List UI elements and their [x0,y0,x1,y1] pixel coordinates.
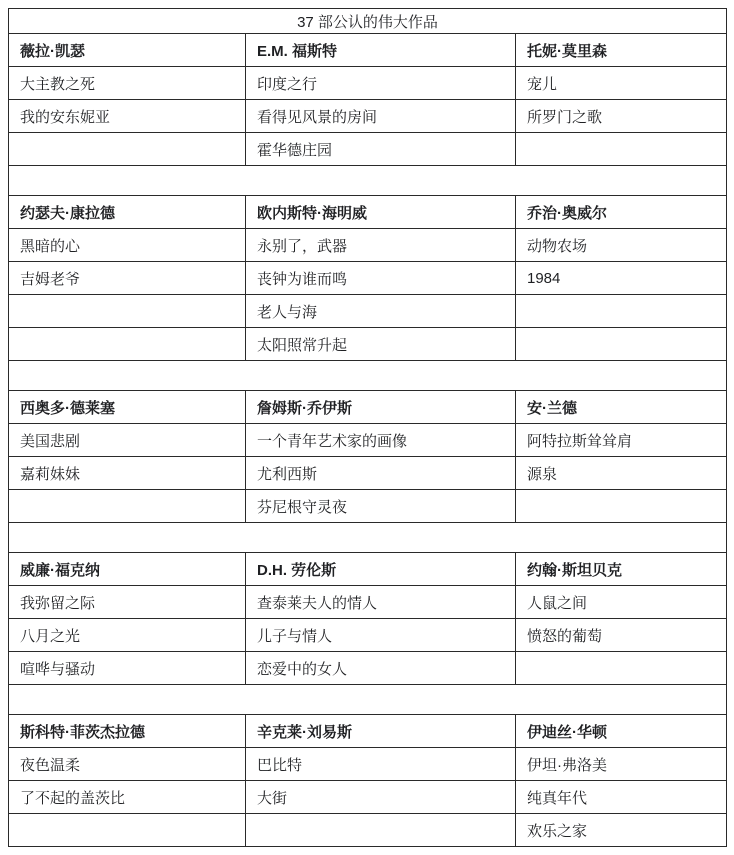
group-spacer-row [9,166,727,196]
empty-cell [9,295,246,328]
work-title: 宠儿 [516,67,727,100]
empty-cell [9,133,246,166]
work-title: 喧哗与骚动 [9,652,246,685]
author-name: 辛克莱·刘易斯 [246,715,516,748]
work-title: 尤利西斯 [246,457,516,490]
empty-cell [516,133,727,166]
empty-cell [516,295,727,328]
work-row: 欢乐之家 [9,814,727,847]
empty-cell [516,652,727,685]
work-title: 丧钟为谁而鸣 [246,262,516,295]
table-body: 37 部公认的伟大作品 薇拉·凯瑟E.M. 福斯特托妮·莫里森大主教之死印度之行… [9,9,727,847]
work-title: 霍华德庄园 [246,133,516,166]
work-title: 美国悲剧 [9,424,246,457]
empty-cell [516,490,727,523]
great-works-table: 37 部公认的伟大作品 薇拉·凯瑟E.M. 福斯特托妮·莫里森大主教之死印度之行… [8,8,727,847]
work-title: 老人与海 [246,295,516,328]
author-name: 欧内斯特·海明威 [246,196,516,229]
empty-cell [9,328,246,361]
work-title: 所罗门之歌 [516,100,727,133]
work-row: 美国悲剧一个青年艺术家的画像阿特拉斯耸耸肩 [9,424,727,457]
document-page: 37 部公认的伟大作品 薇拉·凯瑟E.M. 福斯特托妮·莫里森大主教之死印度之行… [8,8,726,847]
work-title: 纯真年代 [516,781,727,814]
work-row: 八月之光儿子与情人愤怒的葡萄 [9,619,727,652]
work-title: 八月之光 [9,619,246,652]
author-header-row: 薇拉·凯瑟E.M. 福斯特托妮·莫里森 [9,34,727,67]
author-header-row: 威廉·福克纳D.H. 劳伦斯约翰·斯坦贝克 [9,553,727,586]
work-title: 恋爱中的女人 [246,652,516,685]
author-header-row: 约瑟夫·康拉德欧内斯特·海明威乔治·奥威尔 [9,196,727,229]
work-title: 了不起的盖茨比 [9,781,246,814]
table-title-row: 37 部公认的伟大作品 [9,9,727,34]
work-title: 儿子与情人 [246,619,516,652]
group-spacer-row [9,685,727,715]
work-title: 芬尼根守灵夜 [246,490,516,523]
work-title: 我的安东妮亚 [9,100,246,133]
spacer-cell [9,361,727,391]
work-title: 印度之行 [246,67,516,100]
author-name: 安·兰德 [516,391,727,424]
author-name: 薇拉·凯瑟 [9,34,246,67]
work-title: 看得见风景的房间 [246,100,516,133]
work-title: 阿特拉斯耸耸肩 [516,424,727,457]
group-spacer-row [9,523,727,553]
group-spacer-row [9,361,727,391]
work-title: 嘉莉妹妹 [9,457,246,490]
spacer-cell [9,523,727,553]
work-row: 我的安东妮亚看得见风景的房间所罗门之歌 [9,100,727,133]
work-title: 巴比特 [246,748,516,781]
author-header-row: 西奥多·德莱塞詹姆斯·乔伊斯安·兰德 [9,391,727,424]
work-row: 黑暗的心永别了，武器动物农场 [9,229,727,262]
author-name: 托妮·莫里森 [516,34,727,67]
empty-cell [246,814,516,847]
work-title: 查泰莱夫人的情人 [246,586,516,619]
work-title: 夜色温柔 [9,748,246,781]
author-name: 詹姆斯·乔伊斯 [246,391,516,424]
author-name: 约瑟夫·康拉德 [9,196,246,229]
work-row: 嘉莉妹妹尤利西斯源泉 [9,457,727,490]
empty-cell [9,814,246,847]
work-row: 老人与海 [9,295,727,328]
work-title: 1984 [516,262,727,295]
work-title: 人鼠之间 [516,586,727,619]
author-name: 伊迪丝·华顿 [516,715,727,748]
work-row: 大主教之死印度之行宠儿 [9,67,727,100]
author-name: 威廉·福克纳 [9,553,246,586]
work-row: 太阳照常升起 [9,328,727,361]
author-header-row: 斯科特·菲茨杰拉德辛克莱·刘易斯伊迪丝·华顿 [9,715,727,748]
work-title: 源泉 [516,457,727,490]
work-title: 动物农场 [516,229,727,262]
author-name: 西奥多·德莱塞 [9,391,246,424]
work-title: 永别了，武器 [246,229,516,262]
work-title: 大主教之死 [9,67,246,100]
work-title: 愤怒的葡萄 [516,619,727,652]
work-row: 芬尼根守灵夜 [9,490,727,523]
author-name: 斯科特·菲茨杰拉德 [9,715,246,748]
work-row: 夜色温柔巴比特伊坦·弗洛美 [9,748,727,781]
work-row: 了不起的盖茨比大街纯真年代 [9,781,727,814]
work-title: 一个青年艺术家的画像 [246,424,516,457]
author-name: E.M. 福斯特 [246,34,516,67]
table-title: 37 部公认的伟大作品 [9,9,727,34]
work-row: 我弥留之际查泰莱夫人的情人人鼠之间 [9,586,727,619]
work-row: 霍华德庄园 [9,133,727,166]
empty-cell [516,328,727,361]
work-title: 吉姆老爷 [9,262,246,295]
author-name: 约翰·斯坦贝克 [516,553,727,586]
work-title: 我弥留之际 [9,586,246,619]
work-title: 太阳照常升起 [246,328,516,361]
work-row: 喧哗与骚动恋爱中的女人 [9,652,727,685]
spacer-cell [9,166,727,196]
spacer-cell [9,685,727,715]
empty-cell [9,490,246,523]
work-title: 黑暗的心 [9,229,246,262]
work-title: 欢乐之家 [516,814,727,847]
work-title: 伊坦·弗洛美 [516,748,727,781]
work-title: 大街 [246,781,516,814]
author-name: D.H. 劳伦斯 [246,553,516,586]
work-row: 吉姆老爷丧钟为谁而鸣1984 [9,262,727,295]
author-name: 乔治·奥威尔 [516,196,727,229]
